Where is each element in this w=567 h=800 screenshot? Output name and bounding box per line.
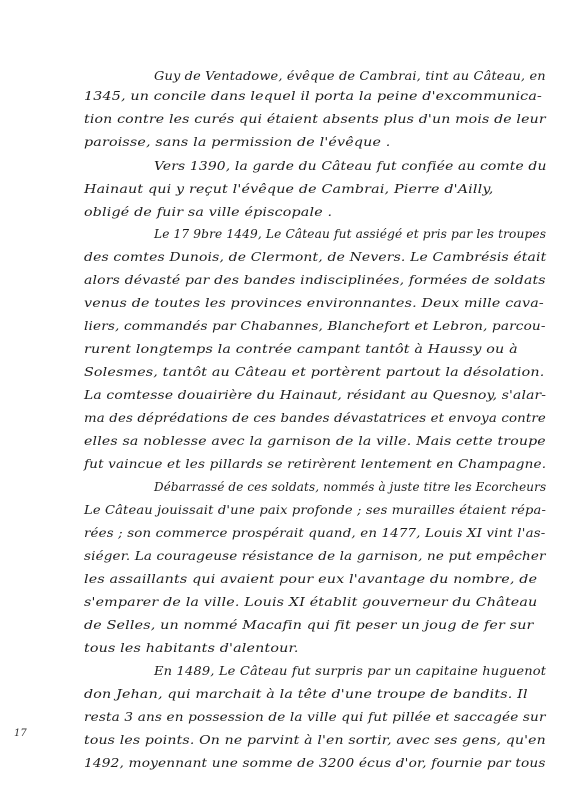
text-line: rées ; son commerce prospérait quand, en… xyxy=(84,525,545,541)
text-line: Le Câteau jouissait d'une paix profonde … xyxy=(84,502,546,518)
text-line: tous les points. On ne parvint à l'en so… xyxy=(84,732,546,748)
text-line: Débarrassé de ces soldats, nommés à just… xyxy=(154,479,546,495)
text-line: les assaillants qui avaient pour eux l'a… xyxy=(84,571,537,587)
text-line: alors dévasté par des bandes indisciplin… xyxy=(84,272,546,288)
text-line: Vers 1390, la garde du Câteau fut confié… xyxy=(154,158,547,174)
text-line: resta 3 ans en possession de la ville qu… xyxy=(84,709,546,725)
text-line: En 1489, Le Câteau fut surpris par un ca… xyxy=(154,663,546,679)
text-line: 1492, moyennant une somme de 3200 écus d… xyxy=(84,755,546,771)
text-line: tous les habitants d'alentour. xyxy=(84,640,299,656)
text-line: rurent longtemps la contrée campant tant… xyxy=(84,341,518,357)
text-line: don Jehan, qui marchait à la tête d'une … xyxy=(84,686,528,702)
text-line: Solesmes, tantôt au Câteau et portèrent … xyxy=(84,364,544,380)
text-line: La comtesse douairière du Hainaut, résid… xyxy=(84,387,546,403)
text-line: elles sa noblesse avec la garnison de la… xyxy=(84,433,546,449)
text-line: 1345, un concile dans lequel il porta la… xyxy=(84,88,542,104)
text-line: siéger. La courageuse résistance de la g… xyxy=(84,548,546,564)
text-line: paroisse, sans la permission de l'évêque… xyxy=(84,134,391,150)
text-line: des comtes Dunois, de Clermont, de Never… xyxy=(84,249,546,265)
text-line: Hainaut qui y reçut l'évêque de Cambrai,… xyxy=(84,181,493,197)
text-line: obligé de fuir sa ville épiscopale . xyxy=(84,204,332,220)
text-line: fut vaincue et les pillards se retirèren… xyxy=(84,456,546,472)
text-line: s'emparer de la ville. Louis XI établit … xyxy=(84,594,537,610)
text-line: tion contre les curés qui étaient absent… xyxy=(84,111,546,127)
text-line: de Selles, un nommé Macafin qui fit pese… xyxy=(84,617,534,633)
text-line: ma des déprédations de ces bandes dévast… xyxy=(84,410,546,426)
page-number: 17 xyxy=(14,728,27,739)
text-line: liers, commandés par Chabannes, Blanchef… xyxy=(84,318,546,334)
text-line: Guy de Ventadowe, évêque de Cambrai, tin… xyxy=(154,68,546,84)
manuscript-page: Guy de Ventadowe, évêque de Cambrai, tin… xyxy=(0,0,567,800)
text-line: Le 17 9bre 1449, Le Câteau fut assiégé e… xyxy=(154,226,546,242)
text-line: venus de toutes les provinces environnan… xyxy=(84,295,544,311)
